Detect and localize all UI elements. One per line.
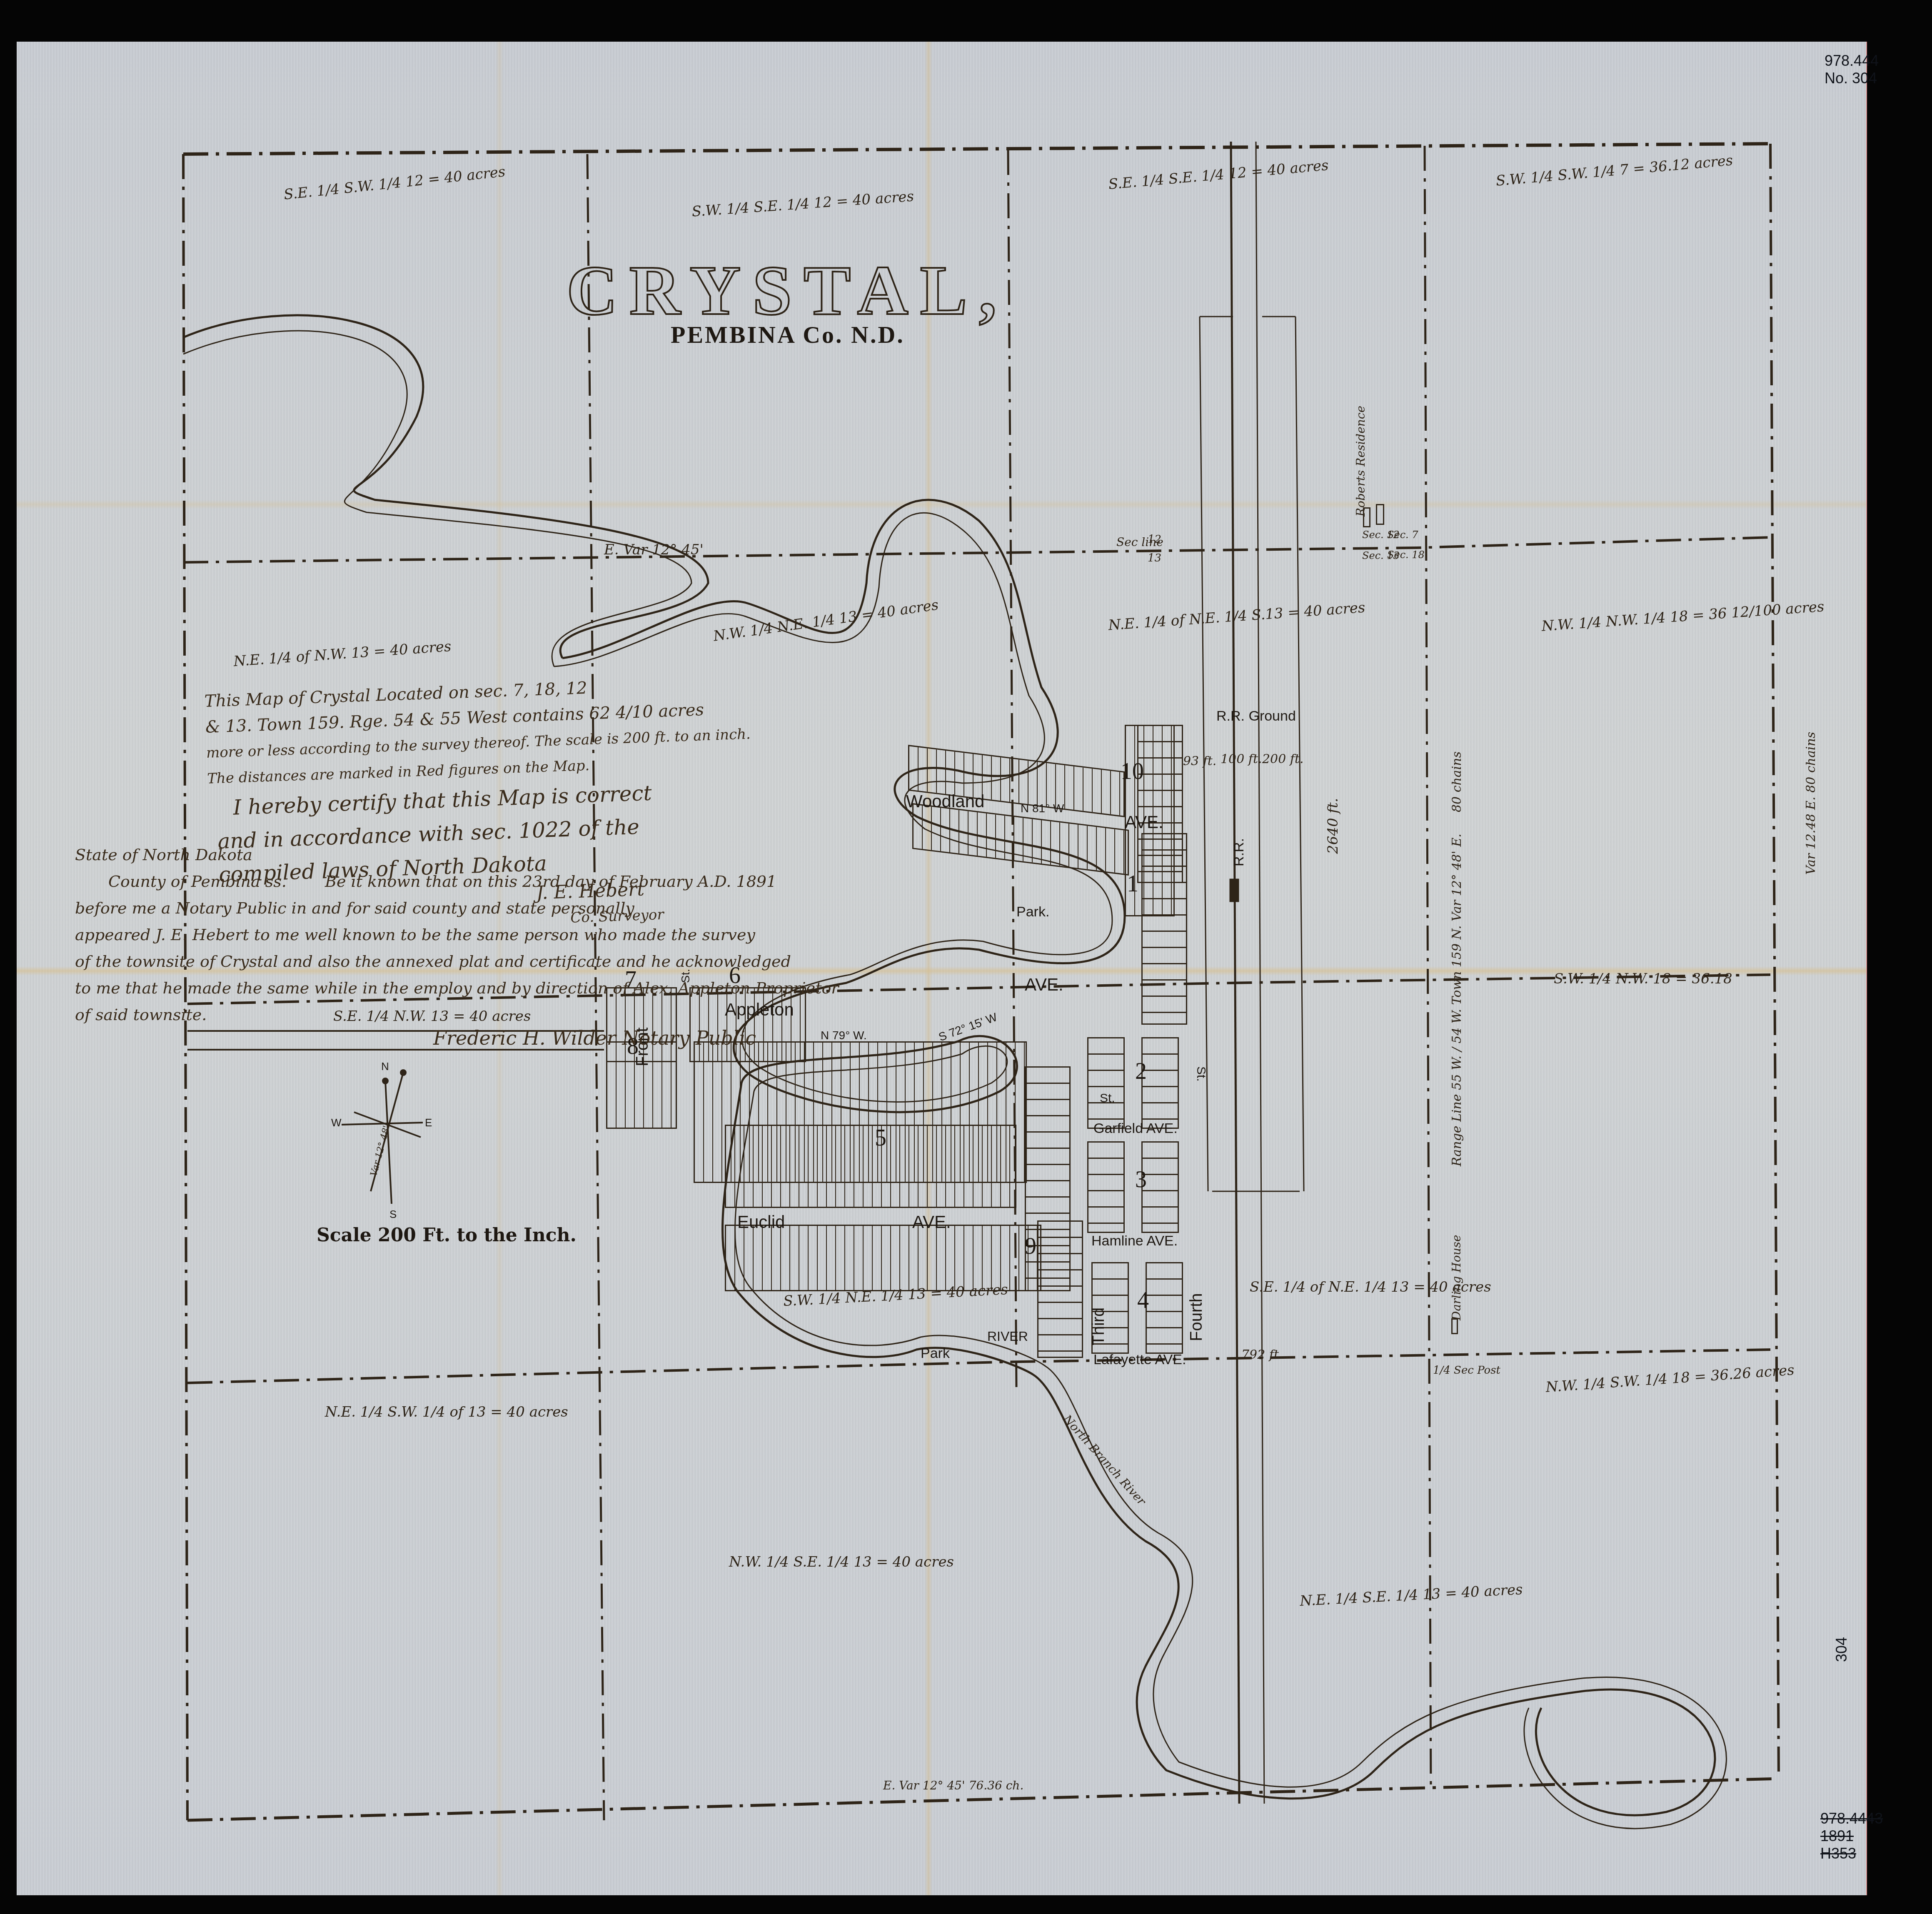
compass-north-label: N — [381, 1060, 389, 1073]
compass-rose-icon — [0, 0, 1932, 1914]
compass-west-label: W — [331, 1116, 342, 1129]
compass-south-label: S — [389, 1208, 397, 1221]
compass-east-label: E — [425, 1116, 432, 1129]
map-scale: Scale 200 Ft. to the Inch. — [317, 1225, 577, 1246]
